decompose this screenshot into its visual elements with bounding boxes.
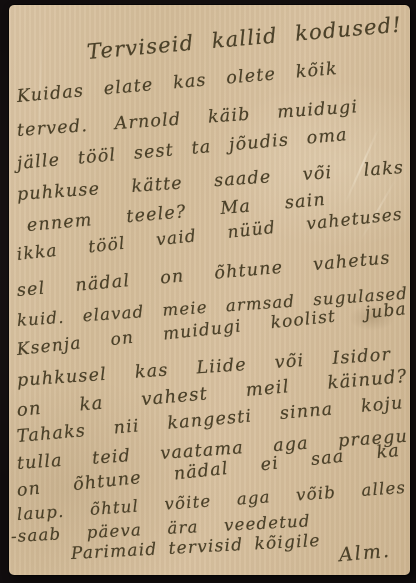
postcard-paper: Terviseid kallid kodused! Kuidas elate k…: [9, 5, 410, 575]
letter-line: Kuidas elate kas olete kõik: [16, 60, 338, 106]
letter-signature: Alm.: [338, 540, 392, 566]
postcard-photo: Terviseid kallid kodused! Kuidas elate k…: [0, 0, 416, 583]
letter-salutation: Terviseid kallid kodused!: [86, 14, 403, 64]
